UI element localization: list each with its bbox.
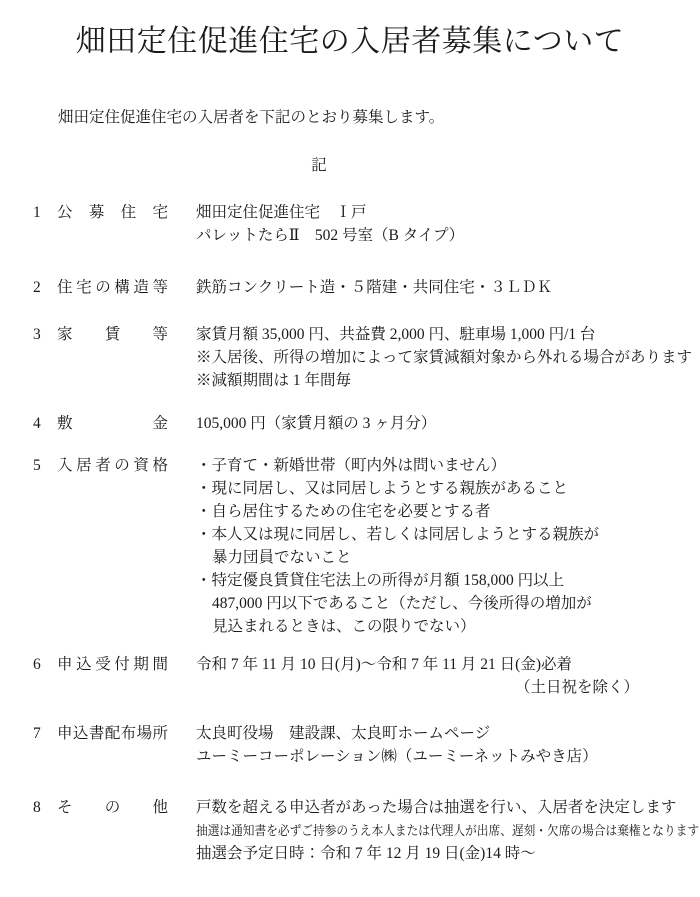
item-number: 4 (33, 412, 57, 435)
item-label: 敷金 (57, 412, 168, 435)
item-number: 2 (33, 276, 57, 299)
item-label: 入居者の資格 (57, 454, 168, 477)
document-page: 畑田定住促進住宅の入居者募集について 畑田定住促進住宅の入居者を下記のとおり募集… (0, 0, 700, 897)
item-number: 7 (33, 722, 57, 745)
content-line: ユーミーコーポレーション㈱（ユーミーネットみやき店） (196, 745, 700, 768)
item-row-yachin: 3 家賃等 家賃月額 35,000 円、共益費 2,000 円、駐車場 1,00… (0, 323, 700, 392)
item-list: 1 公募住宅 畑田定住促進住宅 Ｉ戸 パレットたらⅡ 502 号室（B タイプ）… (0, 201, 700, 865)
item-content: 太良町役場 建設課、太良町ホームページ ユーミーコーポレーション㈱（ユーミーネッ… (196, 722, 700, 768)
item-row-uketsuke-kikan: 6 申込受付期間 令和 7 年 11 月 10 日(月)～令和 7 年 11 月… (0, 653, 700, 699)
item-number: 5 (33, 454, 57, 477)
content-line: ・特定優良賃貸住宅法上の所得が月額 158,000 円以上 (196, 569, 700, 592)
content-line: 抽選会予定日時：令和 7 年 12 月 19 日(金)14 時～ (196, 842, 700, 865)
content-line: ・子育て・新婚世帯（町内外は問いません） (196, 454, 700, 477)
item-content: 家賃月額 35,000 円、共益費 2,000 円、駐車場 1,000 円/1 … (196, 323, 700, 392)
content-line: 畑田定住促進住宅 Ｉ戸 (196, 201, 700, 224)
content-line: 家賃月額 35,000 円、共益費 2,000 円、駐車場 1,000 円/1 … (196, 323, 700, 346)
content-line: 令和 7 年 11 月 10 日(月)～令和 7 年 11 月 21 日(金)必… (196, 653, 700, 676)
content-line: ※入居後、所得の増加によって家賃減額対象から外れる場合があります (196, 346, 700, 369)
item-row-kobo-jutaku: 1 公募住宅 畑田定住促進住宅 Ｉ戸 パレットたらⅡ 502 号室（B タイプ） (0, 201, 700, 247)
content-line: ・自ら居住するための住宅を必要とする者 (196, 500, 700, 523)
content-line: パレットたらⅡ 502 号室（B タイプ） (196, 224, 700, 247)
item-content: 畑田定住促進住宅 Ｉ戸 パレットたらⅡ 502 号室（B タイプ） (196, 201, 700, 247)
content-line: ※減額期間は 1 年間毎 (196, 369, 700, 392)
item-row-sonota: 8 その他 戸数を超える申込者があった場合は抽選を行い、入居者を決定します 抽選… (0, 796, 700, 865)
content-line: 暴力団員でないこと (196, 546, 700, 569)
item-label: 公募住宅 (57, 201, 168, 224)
item-label: 家賃等 (57, 323, 168, 346)
item-content: ・子育て・新婚世帯（町内外は問いません） ・現に同居し、又は同居しようとする親族… (196, 454, 700, 638)
content-line: 鉄筋コンクリート造・５階建・共同住宅・３ＬＤＫ (196, 276, 700, 299)
ki-marker: 記 (0, 154, 638, 177)
item-number: 1 (33, 201, 57, 224)
item-label: 申込受付期間 (57, 653, 168, 676)
item-content: 105,000 円（家賃月額の 3 ヶ月分） (196, 412, 700, 435)
item-row-haifu-basho: 7 申込書配布場所 太良町役場 建設課、太良町ホームページ ユーミーコーポレーシ… (0, 722, 700, 768)
content-line: 見込まれるときは、この限りでない） (196, 615, 700, 638)
item-number: 8 (33, 796, 57, 819)
item-label: その他 (57, 796, 168, 819)
content-line: 487,000 円以下であること（ただし、今後所得の増加が (196, 592, 700, 615)
content-line: ・現に同居し、又は同居しようとする親族があること (196, 477, 700, 500)
item-row-kozo: 2 住宅の構造等 鉄筋コンクリート造・５階建・共同住宅・３ＬＤＫ (0, 276, 700, 299)
item-row-shikaku: 5 入居者の資格 ・子育て・新婚世帯（町内外は問いません） ・現に同居し、又は同… (0, 454, 700, 638)
item-label: 申込書配布場所 (57, 722, 168, 745)
intro-text: 畑田定住促進住宅の入居者を下記のとおり募集します。 (58, 106, 700, 129)
item-content: 戸数を超える申込者があった場合は抽選を行い、入居者を決定します 抽選は通知書を必… (196, 796, 700, 865)
item-content: 令和 7 年 11 月 10 日(月)～令和 7 年 11 月 21 日(金)必… (196, 653, 700, 699)
content-line: ・本人又は現に同居し、若しくは同居しようとする親族が (196, 523, 700, 546)
item-number: 3 (33, 323, 57, 346)
item-number: 6 (33, 653, 57, 676)
content-line: 105,000 円（家賃月額の 3 ヶ月分） (196, 412, 700, 435)
page-title: 畑田定住促進住宅の入居者募集について (0, 22, 700, 62)
item-row-shikikin: 4 敷金 105,000 円（家賃月額の 3 ヶ月分） (0, 412, 700, 435)
content-line-note: 抽選は通知書を必ずご持参のうえ本人または代理人が出席、遅刻・欠席の場合は棄権とな… (196, 819, 657, 842)
content-line: 太良町役場 建設課、太良町ホームページ (196, 722, 700, 745)
item-content: 鉄筋コンクリート造・５階建・共同住宅・３ＬＤＫ (196, 276, 700, 299)
content-line: 戸数を超える申込者があった場合は抽選を行い、入居者を決定します (196, 796, 700, 819)
content-line: （土日祝を除く） (196, 676, 639, 699)
item-label: 住宅の構造等 (57, 276, 168, 299)
